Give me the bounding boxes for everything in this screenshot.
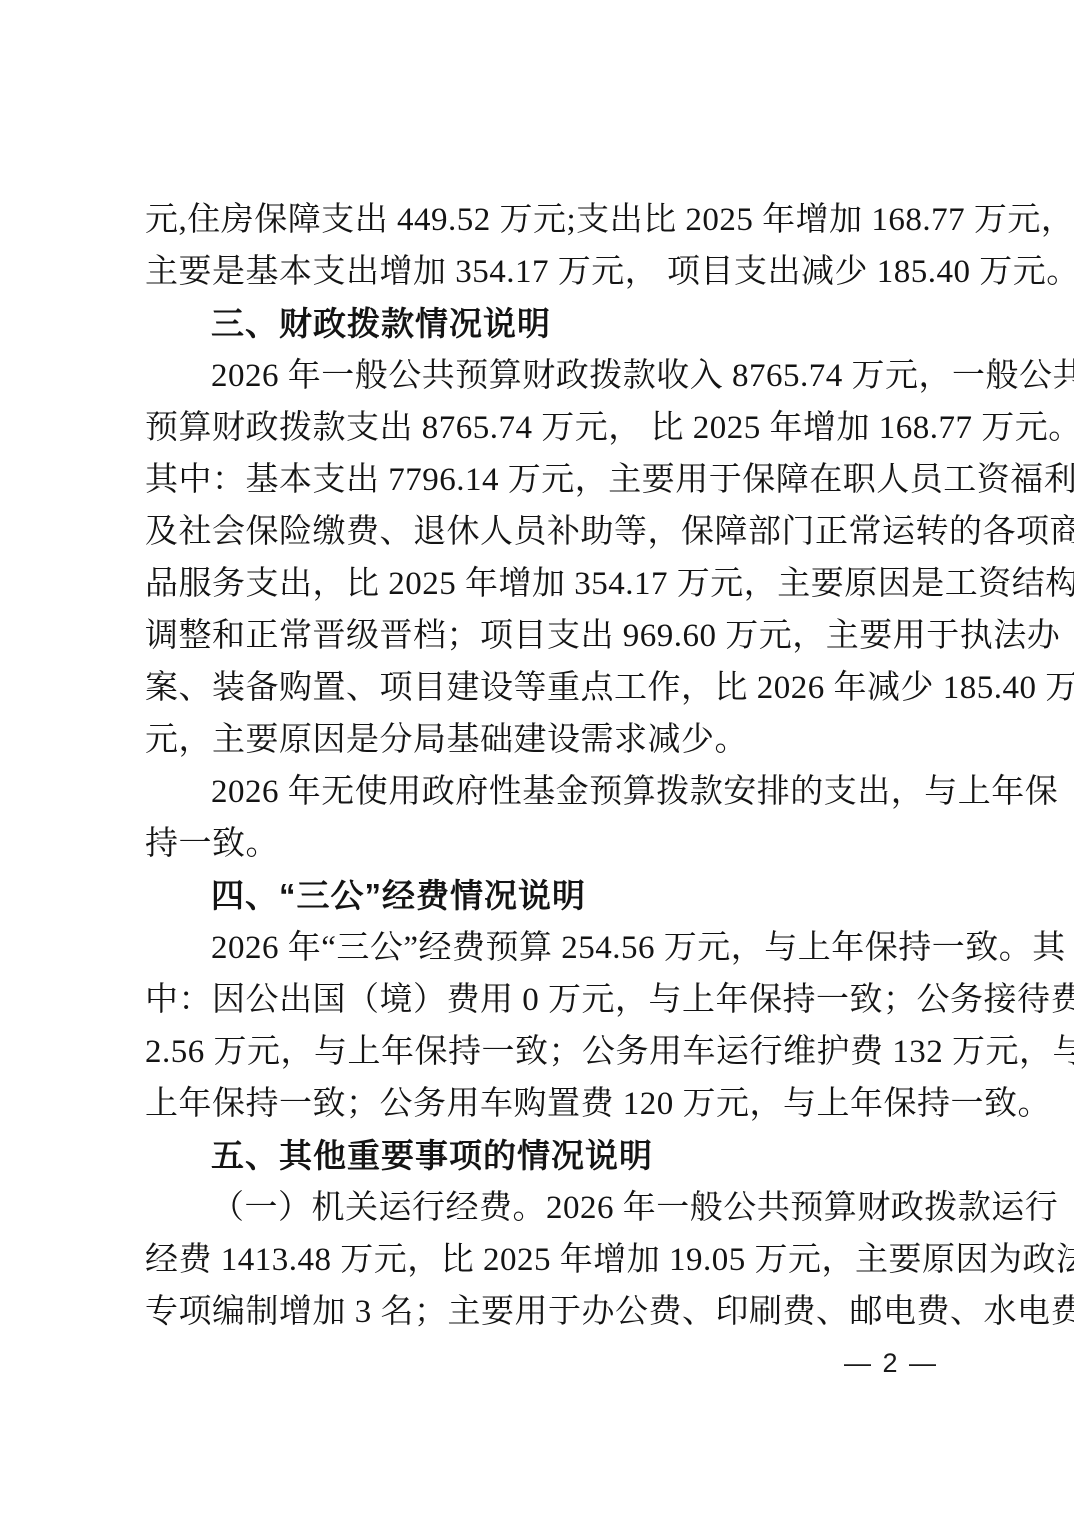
body-line: 2026 年无使用政府性基金预算拨款安排的支出，与上年保	[145, 766, 939, 818]
body-line: 及社会保险缴费、退休人员补助等，保障部门正常运转的各项商	[145, 506, 939, 558]
body-line: 2026 年一般公共预算财政拨款收入 8765.74 万元，一般公共	[145, 350, 939, 402]
body-line: （一）机关运行经费。2026 年一般公共预算财政拨款运行	[145, 1182, 939, 1234]
body-line: 预算财政拨款支出 8765.74 万元， 比 2025 年增加 168.77 万…	[145, 402, 939, 454]
document-page: 元,住房保障支出 449.52 万元;支出比 2025 年增加 168.77 万…	[0, 0, 1074, 1520]
body-line: 经费 1413.48 万元，比 2025 年增加 19.05 万元，主要原因为政…	[145, 1234, 939, 1286]
body-line: 持一致。	[145, 818, 939, 870]
body-line: 2026 年“三公”经费预算 254.56 万元，与上年保持一致。其	[145, 922, 939, 974]
section-heading-3: 三、财政拨款情况说明	[145, 298, 939, 350]
section-heading-5: 五、其他重要事项的情况说明	[145, 1130, 939, 1182]
body-line: 2.56 万元，与上年保持一致；公务用车运行维护费 132 万元，与	[145, 1026, 939, 1078]
page-number: — 2 —	[844, 1348, 938, 1379]
body-line: 上年保持一致；公务用车购置费 120 万元，与上年保持一致。	[145, 1078, 939, 1130]
body-line: 主要是基本支出增加 354.17 万元， 项目支出减少 185.40 万元。	[145, 246, 939, 298]
section-heading-4: 四、“三公”经费情况说明	[145, 870, 939, 922]
body-line: 其中：基本支出 7796.14 万元，主要用于保障在职人员工资福利	[145, 454, 939, 506]
body-line: 元，主要原因是分局基础建设需求减少。	[145, 714, 939, 766]
body-line: 元,住房保障支出 449.52 万元;支出比 2025 年增加 168.77 万…	[145, 194, 939, 246]
body-line: 案、装备购置、项目建设等重点工作，比 2026 年减少 185.40 万	[145, 662, 939, 714]
body-line: 专项编制增加 3 名；主要用于办公费、印刷费、邮电费、水电费、	[145, 1286, 939, 1338]
body-line: 品服务支出，比 2025 年增加 354.17 万元，主要原因是工资结构	[145, 558, 939, 610]
body-line: 调整和正常晋级晋档；项目支出 969.60 万元，主要用于执法办	[145, 610, 939, 662]
document-body: 元,住房保障支出 449.52 万元;支出比 2025 年增加 168.77 万…	[145, 194, 939, 1338]
body-line: 中：因公出国（境）费用 0 万元，与上年保持一致；公务接待费	[145, 974, 939, 1026]
